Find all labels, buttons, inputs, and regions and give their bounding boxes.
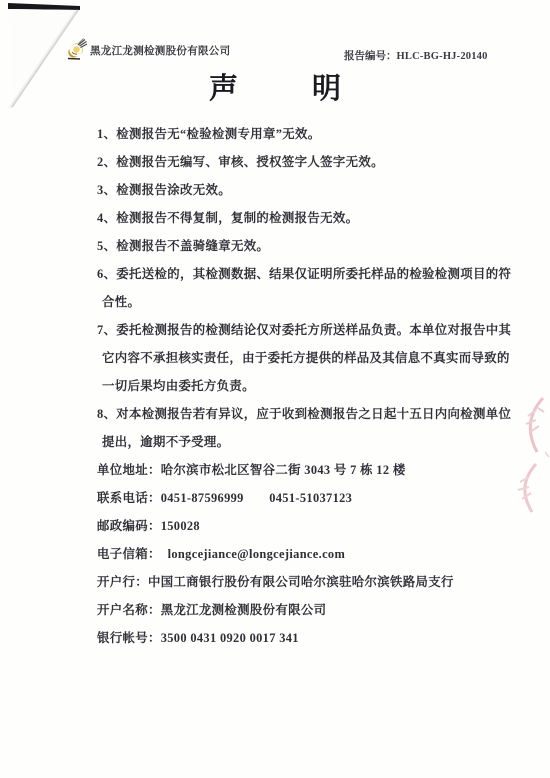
page-title-char-2: 明 [312, 66, 341, 107]
page-title: 声 明 [0, 66, 550, 107]
contact-line: 电子信箱： longcejiance@longcejiance.com [97, 540, 514, 568]
statement-body: 1、检测报告无“检验检测专用章”无效。2、检测报告无编写、审核、授权签字人签字无… [97, 120, 514, 652]
statement-line: 1、检测报告无“检验检测专用章”无效。 [97, 120, 514, 148]
contact-line: 开户名称：黑龙江龙测检测股份有限公司 [97, 596, 514, 624]
header-company-block: 黑龙江龙测检测股份有限公司 [66, 37, 230, 61]
statement-line: 提出，逾期不予受理。 [97, 428, 514, 456]
stamp-fragment-top [526, 398, 544, 452]
company-name: 黑龙江龙测检测股份有限公司 [90, 43, 230, 61]
statement-line: 4、检测报告不得复制，复制的检测报告无效。 [97, 204, 514, 232]
company-logo-dragon-icon [66, 37, 88, 61]
report-number-label: 报告编号： [344, 51, 397, 62]
report-number-value: HLC-BG-HJ-20140 [397, 51, 488, 62]
contact-line: 开户行：中国工商银行股份有限公司哈尔滨驻哈尔滨铁路局支行 [97, 568, 514, 596]
stamp-fragment-bottom [518, 452, 549, 512]
statement-line: 它内容不承担核实责任，由于委托方提供的样品及其信息不真实而导致的 [97, 344, 514, 372]
statement-line: 3、检测报告涂改无效。 [97, 176, 514, 204]
statement-line: 2、检测报告无编写、审核、授权签字人签字无效。 [97, 148, 514, 176]
statement-line: 合性。 [97, 288, 514, 316]
contact-line: 邮政编码：150028 [97, 512, 514, 540]
report-number: 报告编号：HLC-BG-HJ-20140 [344, 48, 488, 63]
statement-line: 8、对本检测报告若有异议，应于收到检测报告之日起十五日内向检测单位 [97, 400, 514, 428]
page-title-char-1: 声 [209, 66, 238, 107]
statement-line: 5、检测报告不盖骑缝章无效。 [97, 232, 514, 260]
contact-line: 银行帐号：3500 0431 0920 0017 341 [97, 624, 514, 652]
statement-line: 7、委托检测报告的检测结论仅对委托方所送样品负责。本单位对报告中其 [97, 316, 514, 344]
scanned-statement-page: 黑龙江龙测检测股份有限公司 报告编号：HLC-BG-HJ-20140 声 明 1… [0, 0, 550, 778]
statement-line: 一切后果均由委托方负责。 [97, 372, 514, 400]
statement-line: 6、委托送检的，其检测数据、结果仅证明所委托样品的检验检测项目的符 [97, 260, 514, 288]
contact-line: 单位地址：哈尔滨市松北区智谷二街 3043 号 7 栋 12 楼 [97, 456, 514, 484]
contact-line: 联系电话：0451-87596999 0451-51037123 [97, 484, 514, 512]
